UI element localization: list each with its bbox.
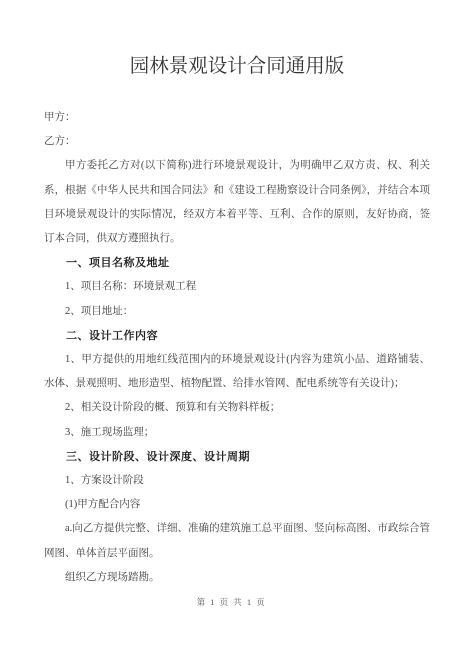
contract-document-page: 园林景观设计合同通用版 甲方： 乙方： 甲方委托乙方对(以下简称)进行环境景观设…: [0, 0, 463, 655]
section-3-item-3: a.向乙方提供完整、详细、准确的建筑施工总平面图、竖向标高图、市政综合管网图、单…: [44, 517, 430, 565]
section-1-heading: 一、项目名称及地址: [44, 251, 430, 275]
section-3-item-1: 1、方案设计阶段: [44, 469, 430, 493]
section-1-item-1: 1、项目名称：环境景观工程: [44, 275, 430, 299]
section-2-item-2: 2、相关设计阶段的概、预算和有关物料样板；: [44, 396, 430, 420]
party-a-label: 甲方：: [44, 106, 430, 130]
section-3-item-2: (1)甲方配合内容: [44, 493, 430, 517]
section-2-item-1: 1、甲方提供的用地红线范围内的环境景观设计(内容为建筑小品、道路铺装、水体、景观…: [44, 348, 430, 396]
contract-title: 园林景观设计合同通用版: [44, 52, 430, 82]
section-2-heading: 二、设计工作内容: [44, 324, 430, 348]
intro-paragraph: 甲方委托乙方对(以下简称)进行环境景观设计，为明确甲乙双方责、权、利关系，根据《…: [44, 154, 430, 251]
party-b-label: 乙方：: [44, 130, 430, 154]
section-2-item-3: 3、施工现场监理；: [44, 421, 430, 445]
section-3-heading: 三、设计阶段、设计深度、设计周期: [44, 445, 430, 469]
section-3-item-4: 组织乙方现场踏勘。: [44, 566, 430, 590]
page-number-footer: 第 1 页 共 1 页: [0, 596, 463, 608]
section-1-item-2: 2、项目地址：: [44, 300, 430, 324]
